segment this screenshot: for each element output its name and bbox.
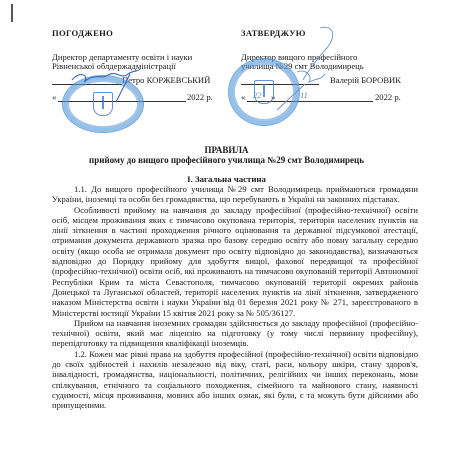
date-year-left: 2022 р. [187,92,213,102]
document-body: 1.1. До вищого професійного училища №29 … [52,184,418,411]
document-subtitle: прийому до вищого професійного училища №… [0,155,453,166]
paragraph-foreigners: Прийом на навчання іноземних громадян зд… [52,318,418,349]
paragraph-1-1: 1.1. До вищого професійного училища №29 … [52,184,418,205]
signature-right [265,22,345,112]
scan-mark [11,4,13,22]
approval-heading-left: ПОГОДЖЕНО [52,28,113,38]
date-year-right: 2022 р. [375,92,401,102]
date-open-quote-left: « [52,92,56,102]
paragraph-1-2: 1.2. Кожен має рівні права на здобуття п… [52,349,418,411]
signature-left [68,66,148,106]
paragraph-special-admission: Особливості прийому на навчання до закла… [52,205,418,318]
